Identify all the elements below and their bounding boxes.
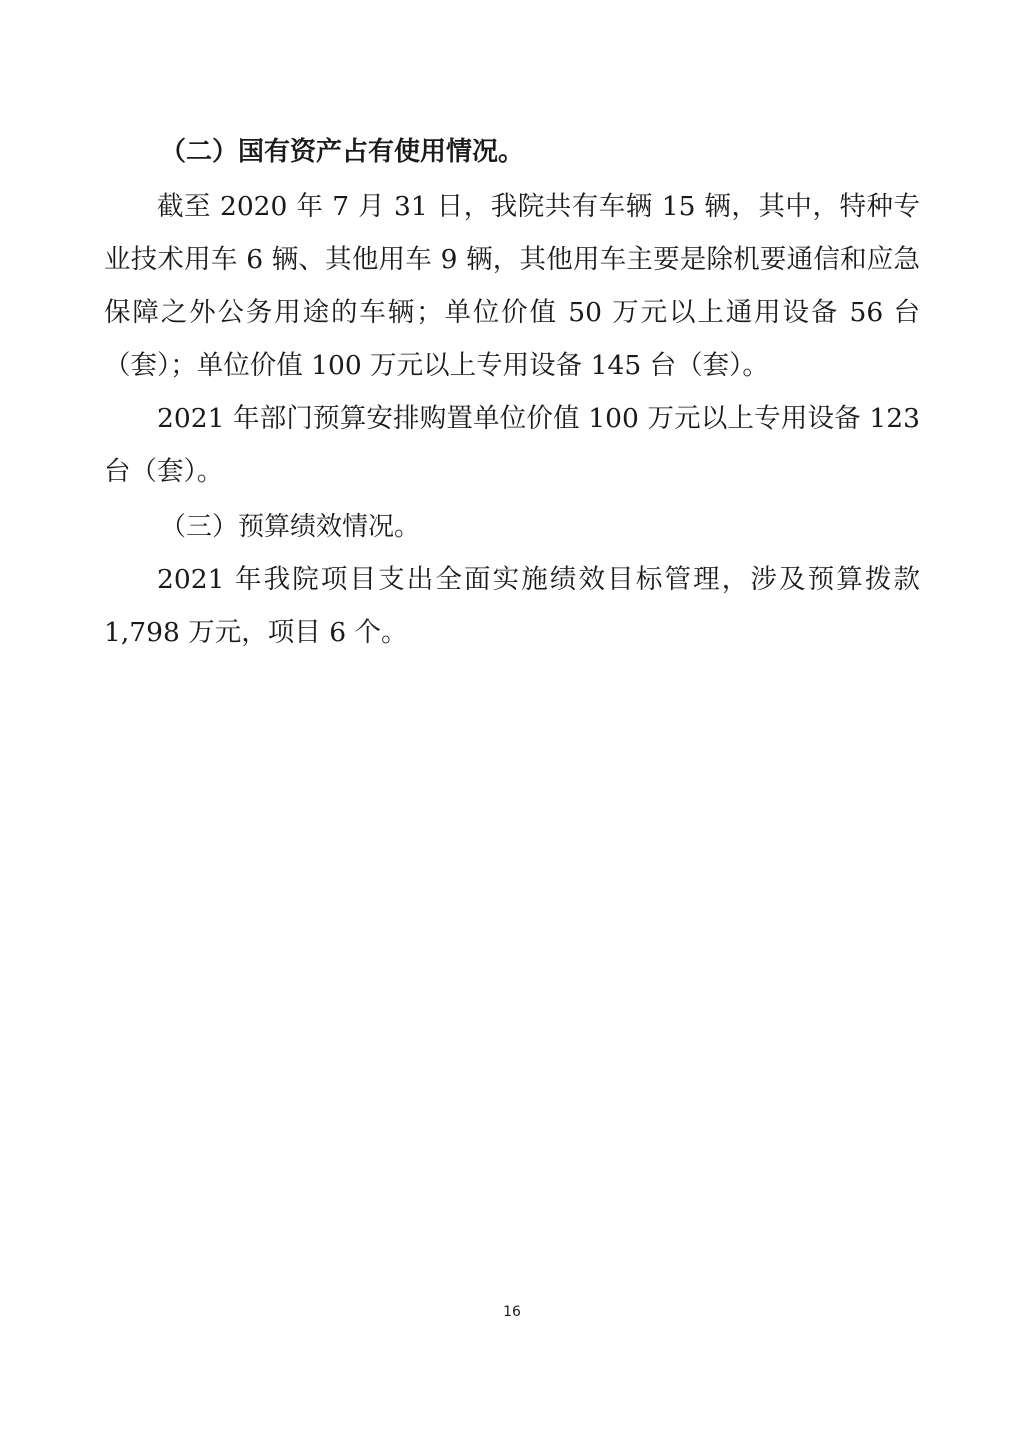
paragraph-performance-management: 2021 年我院项目支出全面实施绩效目标管理，涉及预算拨款 1,798 万元，项…	[104, 553, 920, 659]
section-heading-budget-performance: （三）预算绩效情况。	[160, 512, 420, 542]
page-number: 16	[0, 1304, 1024, 1320]
document-page: （二）国有资产占有使用情况。 截至 2020 年 7 月 31 日，我院共有车辆…	[0, 0, 1024, 1448]
paragraph-vehicles-equipment: 截至 2020 年 7 月 31 日，我院共有车辆 15 辆，其中，特种专业技术…	[104, 180, 920, 392]
section-heading-state-assets: （二）国有资产占有使用情况。	[160, 137, 524, 167]
paragraph-2021-purchase: 2021 年部门预算安排购置单位价值 100 万元以上专用设备 123 台（套）…	[104, 392, 920, 498]
